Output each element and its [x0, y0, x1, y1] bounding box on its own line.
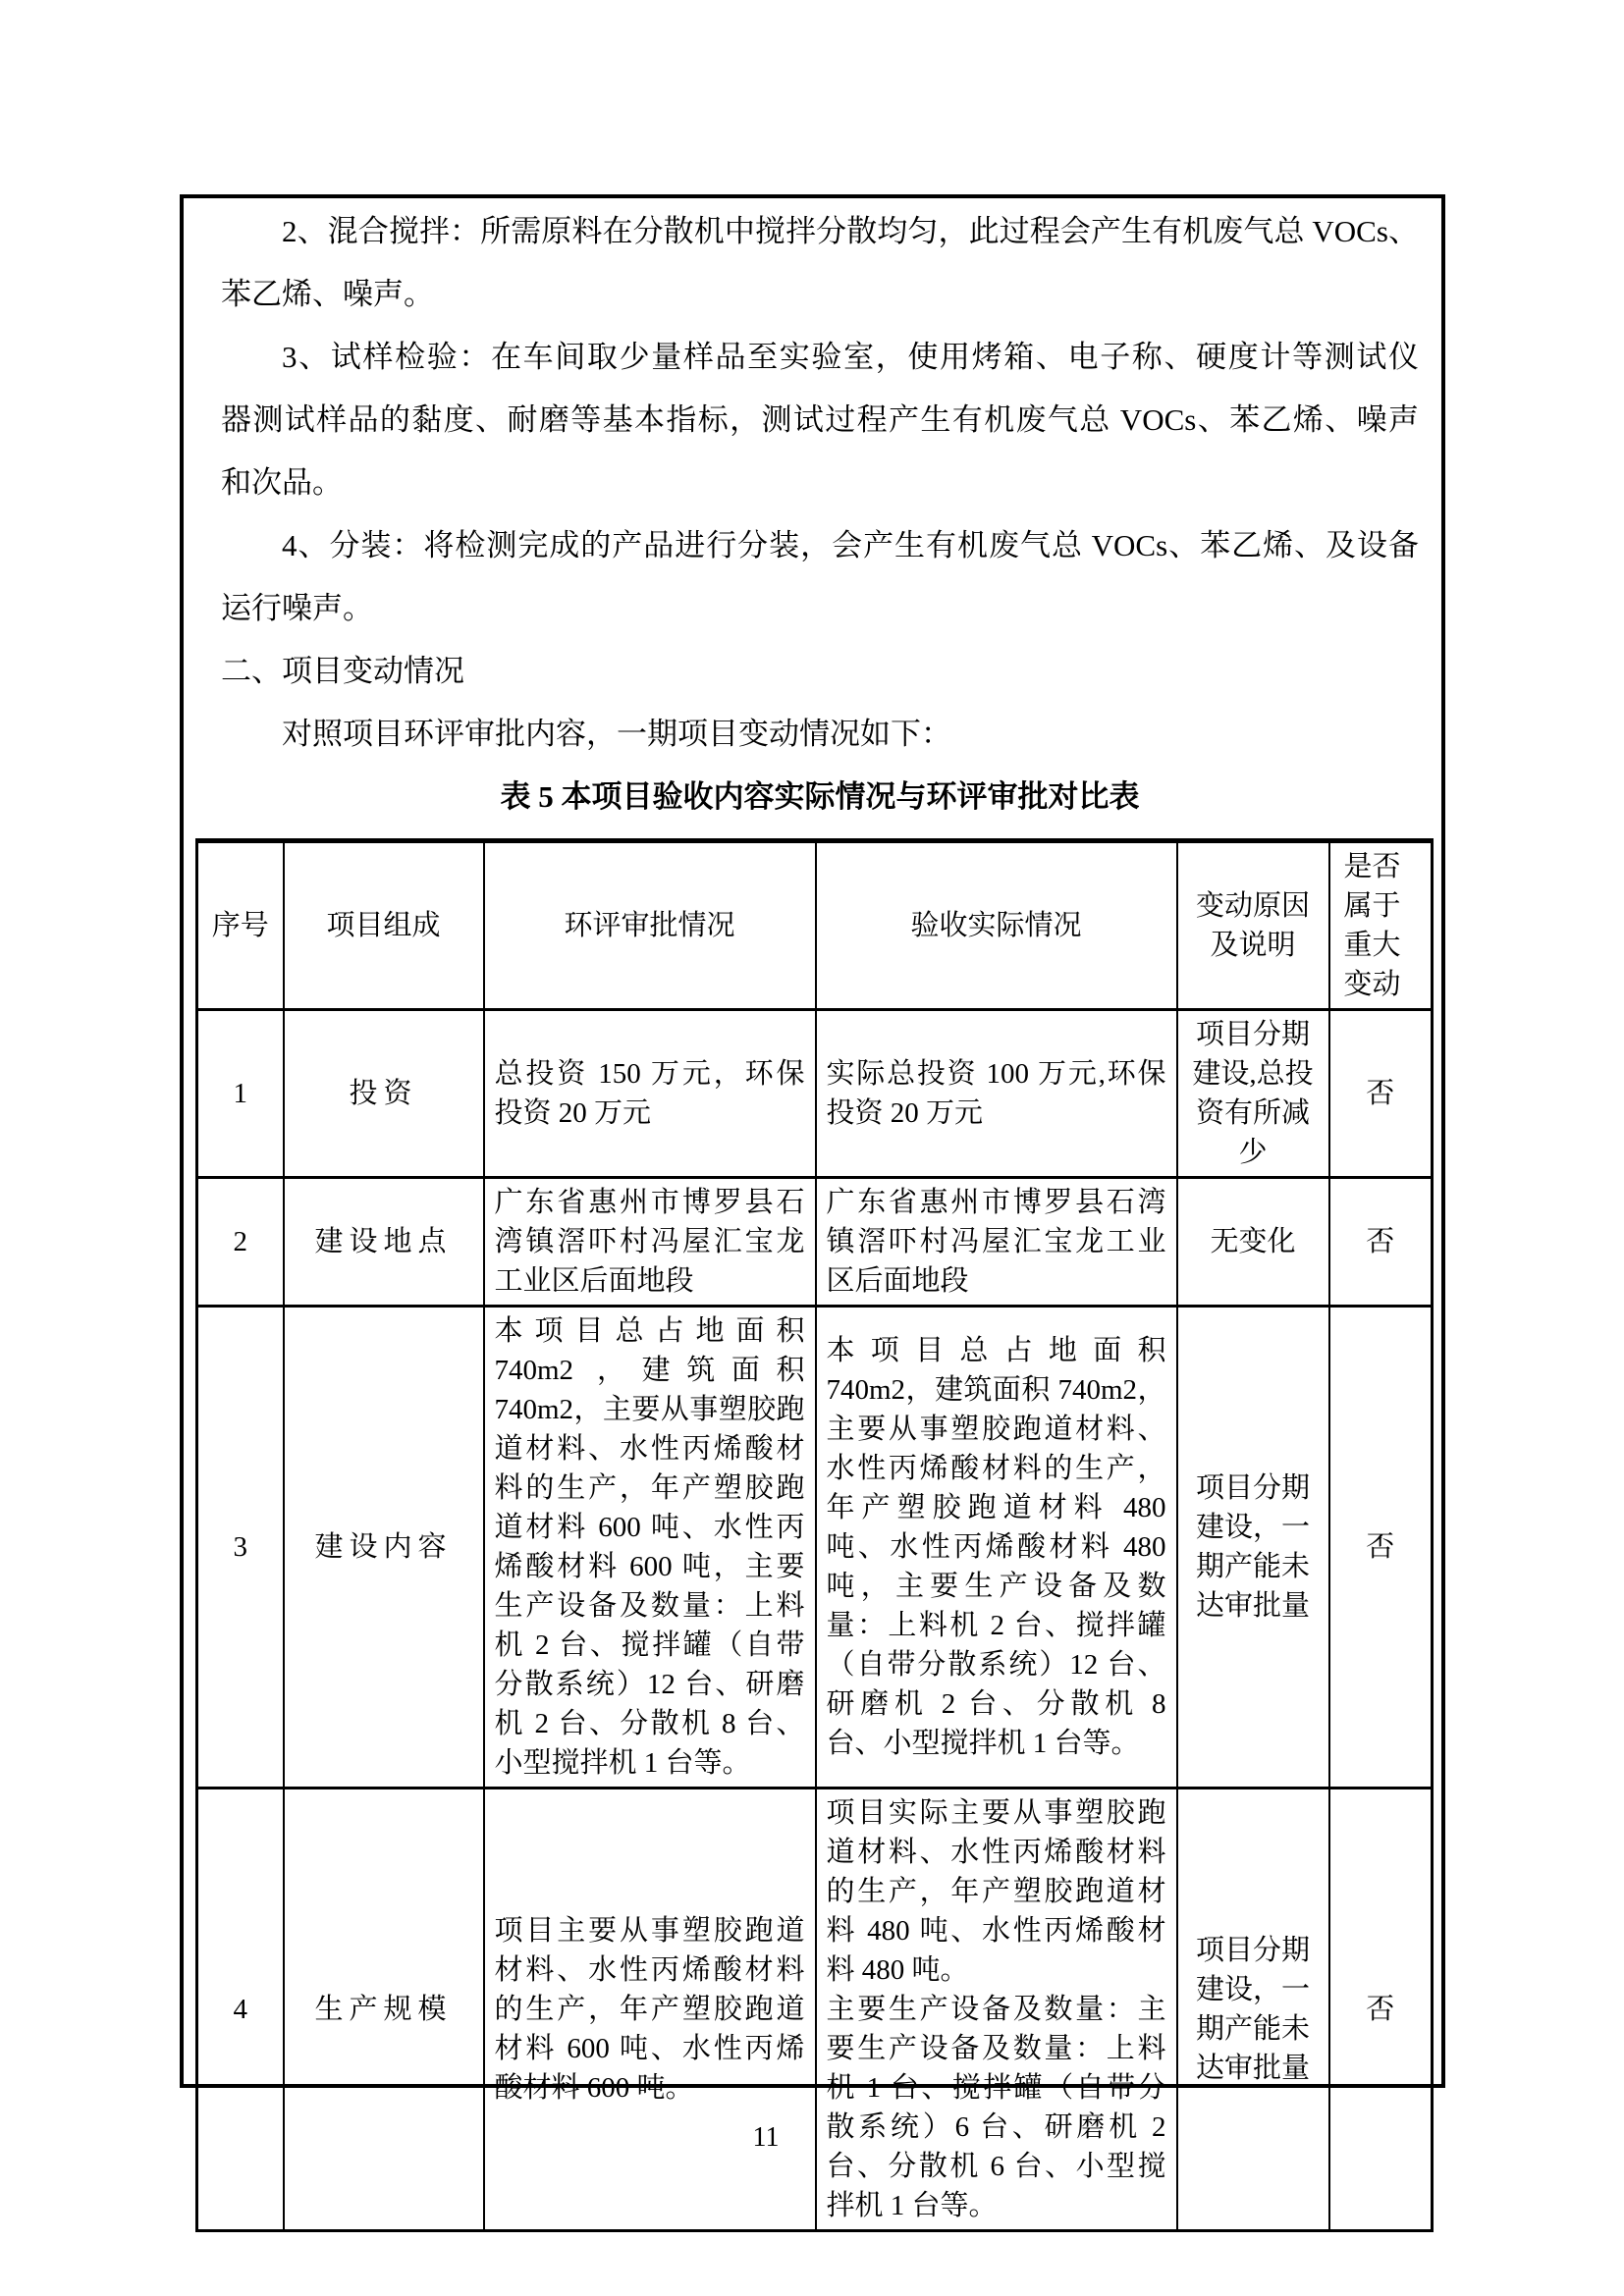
cell-no: 3	[197, 1307, 284, 1789]
document-page: 2、混合搅拌：所需原料在分散机中搅拌分散均匀，此过程会产生有机废气总 VOCs、…	[0, 0, 1624, 2296]
comparison-table: 序号 项目组成 环评审批情况 验收实际情况 变动原因及说明 是否属于重大变动 1…	[195, 838, 1434, 2232]
table5-title: 表 5 本项目验收内容实际情况与环评审批对比表	[221, 766, 1419, 828]
cell-component: 建设地点	[284, 1178, 484, 1307]
content-frame: 2、混合搅拌：所需原料在分散机中搅拌分散均匀，此过程会产生有机废气总 VOCs、…	[180, 194, 1445, 2088]
table-row-production-scale: 4 生产规模 项目主要从事塑胶跑道材料、水性丙烯酸材料的生产，年产塑胶跑道材料 …	[197, 1789, 1433, 2231]
cell-reason: 无变化	[1177, 1178, 1329, 1307]
table-row-location: 2 建设地点 广东省惠州市博罗县石湾镇滘吓村冯屋汇宝龙工业区后面地段 广东省惠州…	[197, 1178, 1433, 1307]
cell-no: 4	[197, 1789, 284, 2231]
step3-line1: 3、试样检验：在车间取少量样品至实验室，使用烤箱、电子称、硬度计等测试仪	[221, 326, 1419, 389]
table-header-row: 序号 项目组成 环评审批情况 验收实际情况 变动原因及说明 是否属于重大变动	[197, 841, 1433, 1010]
cell-reason: 项目分期建设，一期产能未达审批量	[1177, 1307, 1329, 1789]
step3-line3: 和次品。	[221, 452, 1419, 514]
cell-major: 否	[1329, 1789, 1433, 2231]
table-row-investment: 1 投资 总投资 150 万元，环保投资 20 万元 实际总投资 100 万元,…	[197, 1010, 1433, 1178]
col-header-acceptance: 验收实际情况	[816, 841, 1177, 1010]
step4-line1: 4、分装：将检测完成的产品进行分装，会产生有机废气总 VOCs、苯乙烯、及设备	[221, 514, 1419, 577]
col-header-eia: 环评审批情况	[484, 841, 816, 1010]
cell-component: 建设内容	[284, 1307, 484, 1789]
step2-line1: 2、混合搅拌：所需原料在分散机中搅拌分散均匀，此过程会产生有机废气总 VOCs、	[221, 200, 1419, 263]
cell-major: 否	[1329, 1307, 1433, 1789]
page-number: 11	[687, 2118, 844, 2158]
cell-eia: 本项目总占地面积 740m2 ，建筑面积 740m2，主要从事塑胶跑道材料、水性…	[484, 1307, 816, 1789]
cell-reason: 项目分期建设，一期产能未达审批量	[1177, 1789, 1329, 2231]
cell-eia: 总投资 150 万元，环保投资 20 万元	[484, 1010, 816, 1178]
cell-major: 否	[1329, 1178, 1433, 1307]
col-header-major: 是否属于重大变动	[1329, 841, 1433, 1010]
step2-line2: 苯乙烯、噪声。	[221, 263, 1419, 326]
section-heading: 二、项目变动情况	[221, 640, 1419, 703]
table-row-construction-content: 3 建设内容 本项目总占地面积 740m2 ，建筑面积 740m2，主要从事塑胶…	[197, 1307, 1433, 1789]
cell-reason: 项目分期建设,总投资有所减少	[1177, 1010, 1329, 1178]
col-header-reason: 变动原因及说明	[1177, 841, 1329, 1010]
cell-acceptance: 实际总投资 100 万元,环保投资 20 万元	[816, 1010, 1177, 1178]
cell-eia: 广东省惠州市博罗县石湾镇滘吓村冯屋汇宝龙工业区后面地段	[484, 1178, 816, 1307]
cell-acceptance: 项目实际主要从事塑胶跑道材料、水性丙烯酸材料的生产，年产塑胶跑道材料 480 吨…	[816, 1789, 1177, 2231]
col-header-component: 项目组成	[284, 841, 484, 1010]
section-lead: 对照项目环评审批内容，一期项目变动情况如下：	[221, 703, 1419, 766]
step3-line2: 器测试样品的黏度、耐磨等基本指标，测试过程产生有机废气总 VOCs、苯乙烯、噪声	[221, 389, 1419, 452]
cell-no: 2	[197, 1178, 284, 1307]
step4-line2: 运行噪声。	[221, 577, 1419, 640]
cell-eia: 项目主要从事塑胶跑道材料、水性丙烯酸材料的生产，年产塑胶跑道材料 600 吨、水…	[484, 1789, 816, 2231]
cell-component: 生产规模	[284, 1789, 484, 2231]
cell-acceptance: 广东省惠州市博罗县石湾镇滘吓村冯屋汇宝龙工业区后面地段	[816, 1178, 1177, 1307]
cell-acceptance: 本项目总占地面积 740m2，建筑面积 740m2，主要从事塑胶跑道材料、水性丙…	[816, 1307, 1177, 1789]
col-header-no: 序号	[197, 841, 284, 1010]
cell-no: 1	[197, 1010, 284, 1178]
cell-major: 否	[1329, 1010, 1433, 1178]
cell-component: 投资	[284, 1010, 484, 1178]
process-description: 2、混合搅拌：所需原料在分散机中搅拌分散均匀，此过程会产生有机废气总 VOCs、…	[184, 198, 1441, 828]
